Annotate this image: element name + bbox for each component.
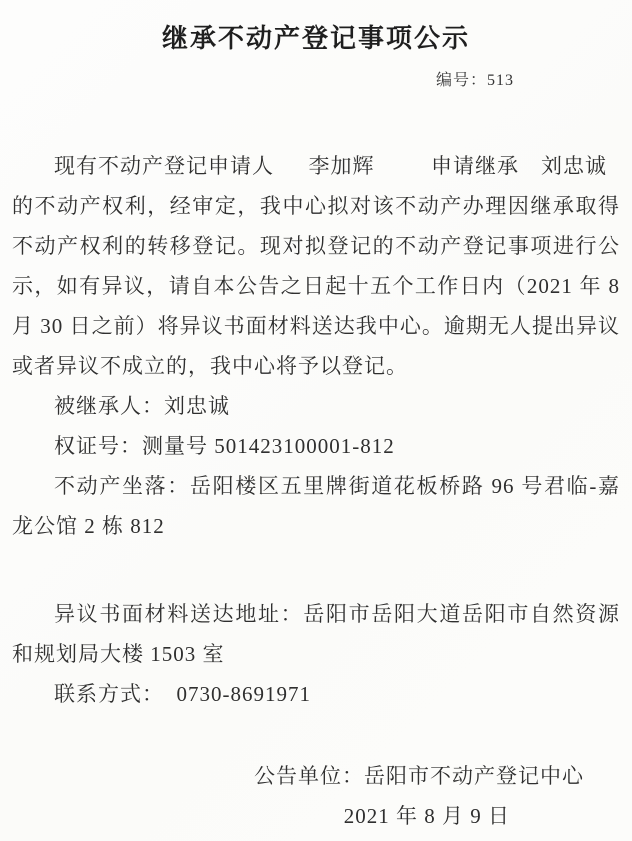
intro-line-applicant: 现有不动产登记申请人 李加辉 申请继承 刘忠诚 <box>12 146 620 186</box>
issuing-unit-line: 公告单位：岳阳市不动产登记中心 <box>12 756 620 796</box>
intro-line-6: 或者异议不成立的，我中心将予以登记。 <box>12 346 620 386</box>
certificate-number-line: 权证号：测量号 501423100001-812 <box>12 426 620 466</box>
blank-gap <box>12 546 620 594</box>
intro-line-3: 不动产权利的转移登记。现对拟登记的不动产登记事项进行公 <box>12 226 620 266</box>
intro-line-5: 月 30 日之前）将异议书面材料送达我中心。逾期无人提出异议 <box>12 306 620 346</box>
intro-line-2: 的不动产权利，经审定，我中心拟对该不动产办理因继承取得 <box>12 186 620 226</box>
decedent-line: 被继承人：刘忠诚 <box>12 386 620 426</box>
contact-phone-line: 联系方式： 0730-8691971 <box>12 674 620 714</box>
notice-body: 现有不动产登记申请人 李加辉 申请继承 刘忠诚 的不动产权利，经审定，我中心拟对… <box>12 146 620 836</box>
property-location-line-1: 不动产坐落：岳阳楼区五里牌街道花板桥路 96 号君临-嘉 <box>12 466 620 506</box>
objection-address-line-2: 和规划局大楼 1503 室 <box>12 634 620 674</box>
scanned-notice-page: 继承不动产登记事项公示 编号：513 现有不动产登记申请人 李加辉 申请继承 刘… <box>0 0 632 841</box>
notice-title: 继承不动产登记事项公示 <box>12 0 620 54</box>
intro-line-4: 示，如有异议，请自本公告之日起十五个工作日内（2021 年 8 <box>12 266 620 306</box>
blank-gap <box>12 714 620 756</box>
objection-address-line-1: 异议书面材料送达地址：岳阳市岳阳大道岳阳市自然资源 <box>12 594 620 634</box>
property-location-line-2: 龙公馆 2 栋 812 <box>12 506 620 546</box>
issue-date-line: 2021 年 8 月 9 日 <box>12 796 620 836</box>
doc-number: 编号：513 <box>12 70 620 92</box>
